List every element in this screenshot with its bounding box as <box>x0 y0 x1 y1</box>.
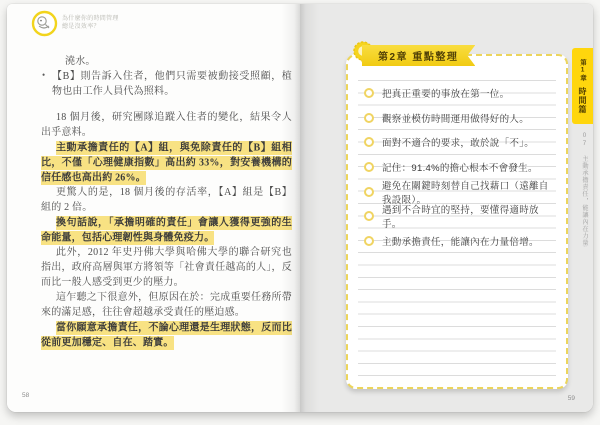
right-page: 第2章 重點整理 把真正重要的事放在第一位。 觀察並模仿時間運用做得好的人。 面… <box>300 4 593 412</box>
summary-item-text: 面對不適合的要求，敢於說「不」。 <box>382 135 534 149</box>
summary-item: 遇到不合時宜的堅持，要懂得適時放手。 <box>358 204 556 229</box>
brand-tagline-line2: 總是沒效率？ <box>62 24 100 30</box>
bullet-ring-icon <box>364 211 374 221</box>
summary-banner: 第2章 重點整理 <box>362 45 475 66</box>
summary-item-text: 主動承擔責任，能讓內在力量倍增。 <box>382 234 539 248</box>
paragraph: 當你願意承擔責任，不論心理還是生理狀態，反而比從前更加穩定、自在、踏實。 <box>41 320 292 350</box>
paragraph: 18 個月後，研究團隊追蹤入住者的變化，結果令人出乎意料。 <box>41 110 292 140</box>
book-spread: 為什麼你的時間管理 總是沒效率？ 澆水。【B】則告訴入住者，他們只需要被動接受照… <box>7 4 593 412</box>
paragraph: 這乍聽之下很意外，但原因在於：完成重要任務所帶來的滿足感，往往會超越承受責任的壓… <box>41 290 292 320</box>
summary-item: 觀察並模仿時間運用做得好的人。 <box>358 106 556 131</box>
summary-item: 避免在關鍵時刻替自己找藉口（遠離自我設限）。 <box>358 179 556 204</box>
brand: 為什麼你的時間管理 總是沒效率？ <box>31 10 119 37</box>
paragraph-text: 【B】則告訴入住者，他們只需要被動接受照顧，植物也由工作人員代為照料。 <box>52 71 292 97</box>
bullet-ring-icon <box>364 162 374 172</box>
bullet-ring-icon <box>364 236 374 246</box>
bullet-ring-icon <box>364 88 374 98</box>
paragraph-text: 主動承擔責任的【A】組，與免除責任的【B】組相比，不僅「心理健康指數」高出約 3… <box>41 141 292 185</box>
brand-logo-icon <box>31 10 58 37</box>
summary-item-text: 觀察並模仿時間運用做得好的人。 <box>382 111 529 125</box>
paragraph: 【B】則告訴入住者，他們只需要被動接受照顧，植物也由工作人員代為照料。 <box>41 69 292 99</box>
brand-tagline: 為什麼你的時間管理 總是沒效率？ <box>62 16 119 31</box>
paragraph-text: 這乍聽之下很意外，但原因在於：完成重要任務所帶來的滿足感，往往會超越承受責任的壓… <box>41 292 292 318</box>
summary-item-text: 記住：91.4%的擔心根本不會發生。 <box>382 160 538 174</box>
ruled-area: 把真正重要的事放在第一位。 觀察並模仿時間運用做得好的人。 面對不適合的要求，敢… <box>358 80 556 381</box>
summary-item: 面對不適合的要求，敢於說「不」。 <box>358 130 556 155</box>
chapter-edge-tab: 第1章 時間篇 <box>572 48 593 124</box>
tab-chapter-label: 第1章 <box>578 59 587 82</box>
paragraph: 主動承擔責任的【A】組，與免除責任的【B】組相比，不僅「心理健康指數」高出約 3… <box>41 140 292 185</box>
paragraph-text: 澆水。 <box>65 56 96 67</box>
summary-banner-label: 第2章 重點整理 <box>378 48 458 63</box>
tab-section-label: 時間篇 <box>577 87 588 114</box>
summary-item: 記住：91.4%的擔心根本不會發生。 <box>358 155 556 180</box>
bullet-ring-icon <box>364 113 374 123</box>
summary-item-text: 把真正重要的事放在第一位。 <box>382 86 509 100</box>
paragraph-text: 更驚人的是，18 個月後的存活率，【A】組是【B】組的 2 倍。 <box>41 187 292 213</box>
summary-item: 把真正重要的事放在第一位。 <box>358 81 556 106</box>
summary-item: 主動承擔責任，能讓內在力量倍增。 <box>358 229 556 254</box>
paragraph-text: 換句話說，「承擔明確的責任」會讓人獲得更強的生命能量，包括心理韌性與身體免疫力。 <box>41 216 292 245</box>
paragraph: 此外，2012 年史丹佛大學與哈佛大學的聯合研究也指出，政府高層與軍方將領等「社… <box>41 245 292 290</box>
left-page: 為什麼你的時間管理 總是沒效率？ 澆水。【B】則告訴入住者，他們只需要被動接受照… <box>7 4 300 412</box>
paragraph-text: 此外，2012 年史丹佛大學與哈佛大學的聯合研究也指出，政府高層與軍方將領等「社… <box>41 247 292 288</box>
page-number-right: 59 <box>568 395 575 402</box>
summary-box: 第2章 重點整理 把真正重要的事放在第一位。 觀察並模仿時間運用做得好的人。 面… <box>346 54 568 389</box>
paragraph: 澆水。 <box>41 54 292 69</box>
paragraph: 換句話說，「承擔明確的責任」會讓人獲得更強的生命能量，包括心理韌性與身體免疫力。 <box>41 215 292 245</box>
section-caption: 07 主動承擔責任，能讓內在力量倍增⋯ <box>580 132 589 247</box>
body-text: 澆水。【B】則告訴入住者，他們只需要被動接受照顧，植物也由工作人員代為照料。18… <box>41 54 292 350</box>
paragraph: 更驚人的是，18 個月後的存活率，【A】組是【B】組的 2 倍。 <box>41 185 292 215</box>
paragraph-text: 當你願意承擔責任，不論心理還是生理狀態，反而比從前更加穩定、自在、踏實。 <box>41 321 292 350</box>
bullet-ring-icon <box>364 137 374 147</box>
bullet-ring-icon <box>364 187 374 197</box>
paragraph-text: 18 個月後，研究團隊追蹤入住者的變化，結果令人出乎意料。 <box>41 112 292 138</box>
summary-item-text: 遇到不合時宜的堅持，要懂得適時放手。 <box>382 202 556 230</box>
brand-tagline-line1: 為什麼你的時間管理 <box>62 16 119 22</box>
page-number-left: 58 <box>22 392 29 399</box>
